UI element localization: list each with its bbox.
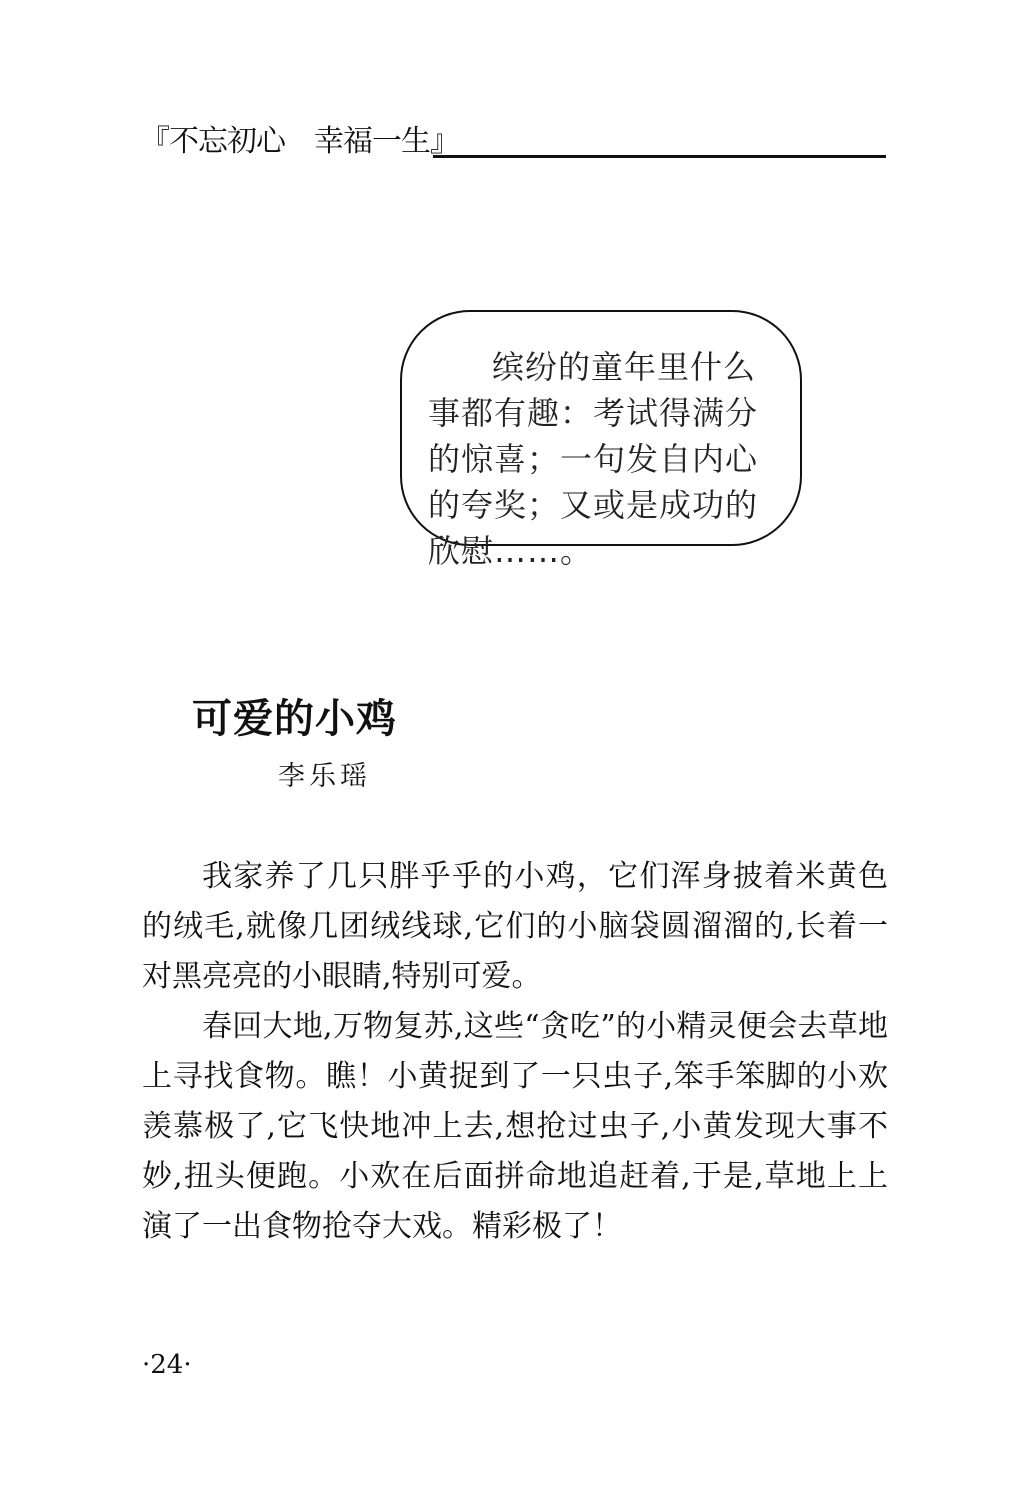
callout-text: 缤纷的童年里什么事都有趣：考试得满分的惊喜；一句发自内心的夸奖；又或是成功的欣慰… (428, 344, 780, 574)
running-header: 『不忘初心 幸福一生』 (140, 124, 886, 160)
article-title: 可爱的小鸡 (192, 694, 397, 744)
header-title: 『不忘初心 幸福一生』 (140, 124, 459, 160)
paragraph: 春回大地,万物复苏,这些“贪吃”的小精灵便会去草地上寻找食物。瞧！小黄捉到了一只… (142, 1002, 888, 1252)
callout-bubble: 缤纷的童年里什么事都有趣：考试得满分的惊喜；一句发自内心的夸奖；又或是成功的欣慰… (400, 310, 802, 546)
paragraph: 我家养了几只胖乎乎的小鸡，它们浑身披着米黄色的绒毛,就像几团绒线球,它们的小脑袋… (142, 852, 888, 1002)
header-rule (433, 155, 886, 158)
article-body: 我家养了几只胖乎乎的小鸡，它们浑身披着米黄色的绒毛,就像几团绒线球,它们的小脑袋… (142, 852, 888, 1252)
article-author: 李乐瑶 (278, 760, 371, 794)
page-number: ·24· (142, 1350, 192, 1380)
